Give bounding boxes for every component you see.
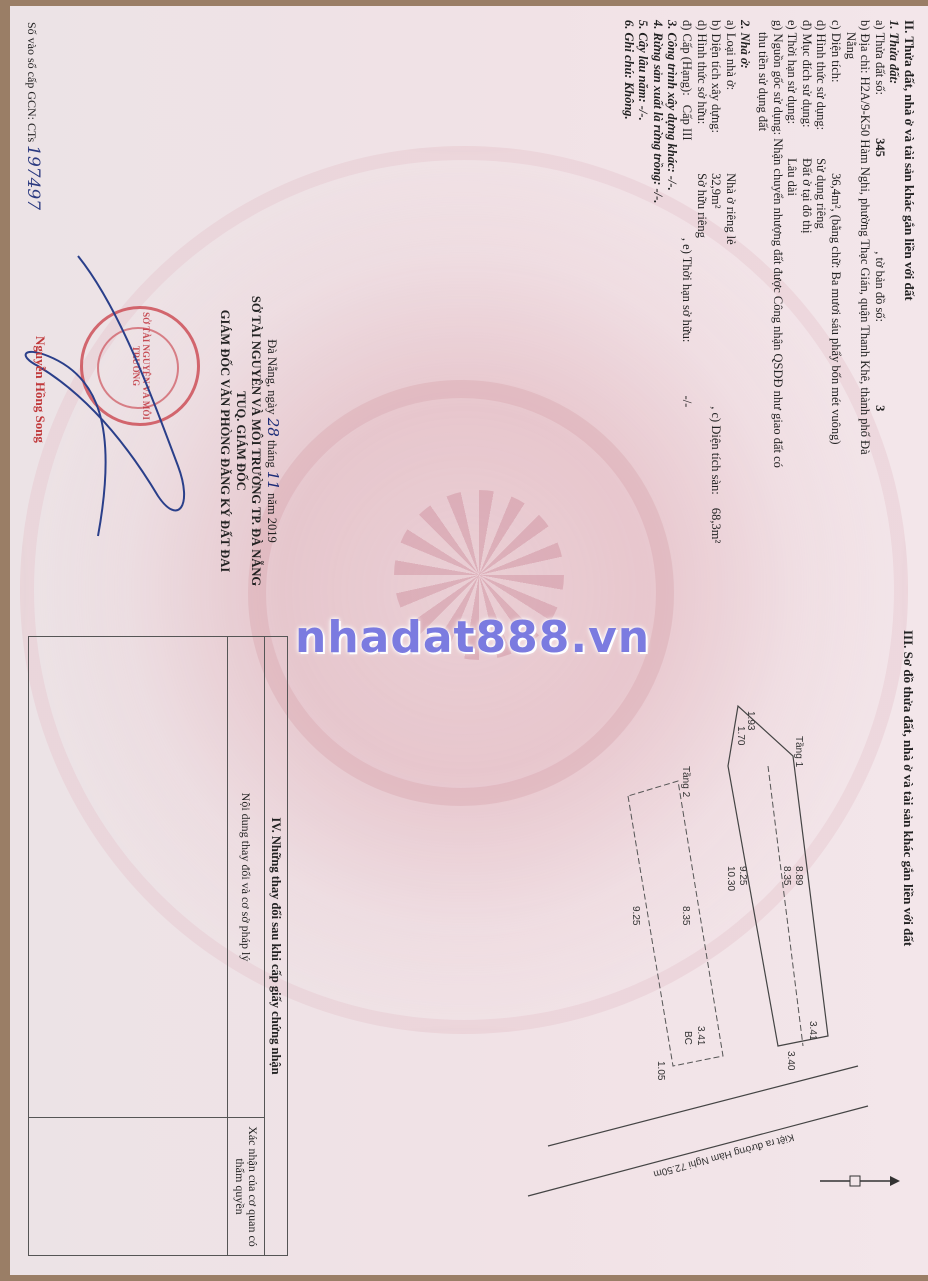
- floor1-label: Tầng 1: [793, 736, 805, 768]
- address-continued: Nẵng: [843, 20, 858, 580]
- area-value: 36,4m², (bằng chữ: Ba mươi sáu phẩy bốn …: [829, 173, 843, 444]
- svg-text:3.41: 3.41: [807, 1021, 818, 1041]
- date-prefix: Đà Nẵng, ngày: [265, 339, 279, 414]
- origin-continued: thu tiền sử dụng đất: [755, 20, 770, 580]
- changes-column-header: Nội dung thay đổi và cơ sở pháp lý: [227, 637, 264, 1117]
- book-number-value: 197497: [23, 145, 43, 210]
- parcel-number: 345: [872, 138, 887, 248]
- svg-text:1.93: 1.93: [745, 711, 756, 731]
- date-month: 11: [264, 471, 282, 490]
- address-row: b) Địa chỉ: H2A/9-K50 Hàm Nghi, phường T…: [858, 20, 873, 580]
- land-heading: 1. Thửa đất:: [887, 20, 902, 580]
- date-year: năm 2019: [265, 493, 279, 543]
- ownership-label: d) Hình thức sở hữu:: [694, 20, 709, 170]
- section-land-house: II. Thửa đất, nhà ở và tài sản khác gắn …: [621, 20, 916, 580]
- svg-text:1.70: 1.70: [735, 726, 746, 746]
- planted-forest: 4. Rừng sản xuất là rừng trồng: -/-.: [650, 20, 665, 580]
- parcel-row: a) Thửa đất số: 345 , tờ bản đồ số: 3: [872, 20, 887, 580]
- ownership-value: Sở hữu riêng: [695, 173, 709, 238]
- svg-text:9.25: 9.25: [630, 906, 641, 926]
- site-watermark: nhadat888.vn: [295, 612, 650, 663]
- grade-value: Cấp III: [680, 105, 695, 235]
- changes-table: IV. Những thay đổi sau khi cấp giấy chứn…: [28, 636, 288, 1256]
- svg-text:8.35: 8.35: [781, 866, 792, 886]
- svg-text:3.40: 3.40: [785, 1051, 796, 1071]
- address-label: b) Địa chỉ:: [858, 20, 872, 73]
- area-row: c) Diện tích: 36,4m², (bằng chữ: Ba mươi…: [828, 20, 843, 580]
- map-number: 3: [873, 405, 887, 411]
- term-label: e) Thời hạn sử dụng:: [785, 20, 800, 155]
- house-type-row: a) Loại nhà ở: Nhà ở riêng lẻ: [723, 20, 738, 580]
- svg-text:3.41: 3.41: [695, 1026, 706, 1046]
- use-form-row: d) Hình thức sử dụng: Sử dụng riêng: [814, 20, 829, 580]
- certificate-book-number: Số vào sổ cấp GCN: CTs 197497: [23, 22, 43, 210]
- issuing-org: SỞ TÀI NGUYÊN VÀ MÔI TRƯỜNG TP. ĐÀ NẴNG: [248, 276, 264, 606]
- date-day: 28: [264, 418, 282, 437]
- origin-value: Nhận chuyển nhượng đất được Công nhận QS…: [771, 138, 785, 468]
- purpose-label: đ) Mục đích sử dụng:: [799, 20, 814, 155]
- address-value: H2A/9-K50 Hàm Nghi, phường Thạc Gián, qu…: [858, 77, 872, 455]
- grade-label: đ) Cấp (Hạng):: [680, 20, 694, 96]
- svg-text:1.05: 1.05: [655, 1061, 666, 1081]
- floor-area-value: 68,3m²: [709, 508, 723, 543]
- floor2-outline: [628, 781, 723, 1066]
- own-term-value: -/-: [680, 396, 694, 408]
- house-type-value: Nhà ở riêng lẻ: [724, 173, 738, 245]
- parcel-label: a) Thửa đất số:: [873, 20, 887, 95]
- map-label: , tờ bản đồ số:: [873, 251, 887, 322]
- perennial-trees: 5. Cây lâu năm: -/-.: [636, 20, 651, 580]
- confirmation-column-header: Xác nhận của cơ quan có thẩm quyền: [227, 1118, 264, 1255]
- ownership-row: d) Hình thức sở hữu: Sở hữu riêng: [694, 20, 709, 580]
- svg-text:9.25: 9.25: [737, 866, 748, 886]
- origin-row: g) Nguồn gốc sử dụng: Nhận chuyển nhượng…: [770, 20, 785, 580]
- house-type-label: a) Loại nhà ở:: [723, 20, 738, 170]
- month-label: tháng: [265, 440, 279, 468]
- origin-label: g) Nguồn gốc sử dụng:: [771, 20, 785, 135]
- parcel-sketch-diagram: Kiệt ra đường Hàm Nghi 72.50m Tầng 1 8.8…: [468, 606, 888, 1266]
- svg-text:8.35: 8.35: [680, 906, 691, 926]
- other-works: 3. Công trình xây dựng khác: -/-.: [665, 20, 680, 580]
- purpose-row: đ) Mục đích sử dụng: Đất ở tại đô thị: [799, 20, 814, 580]
- use-form-value: Sử dụng riêng: [814, 158, 828, 229]
- signer-name: Nguyễn Hồng Song: [32, 336, 48, 443]
- use-form-label: d) Hình thức sử dụng:: [814, 20, 829, 155]
- notes: 6. Ghi chú: Không.: [621, 20, 636, 580]
- road-label: Kiệt ra đường Hàm Nghi 72.50m: [652, 1131, 795, 1179]
- place-date: Đà Nẵng, ngày 28 tháng 11 năm 2019: [264, 276, 281, 606]
- section4-title: IV. Những thay đổi sau khi cấp giấy chứn…: [264, 637, 287, 1255]
- floor-area-label: , c) Diện tích sàn:: [709, 406, 723, 495]
- book-number-label: Số vào sổ cấp GCN: CTs: [25, 22, 39, 142]
- built-area-row: b) Diện tích xây dựng: 32,9m² , c) Diện …: [709, 20, 724, 580]
- house-heading: 2. Nhà ở:: [738, 20, 753, 580]
- own-term-label: , e) Thời hạn sở hữu:: [680, 238, 694, 342]
- built-area-value: 32,9m²: [709, 173, 724, 403]
- svg-text:10.30: 10.30: [725, 866, 736, 891]
- term-row: e) Thời hạn sử dụng: Lâu dài: [785, 20, 800, 580]
- purpose-value: Đất ở tại đô thị: [800, 158, 814, 233]
- marker-label: BC: [682, 1031, 693, 1045]
- term-value: Lâu dài: [785, 158, 799, 196]
- changes-column: Nội dung thay đổi và cơ sở pháp lý: [28, 637, 264, 1118]
- built-area-label: b) Diện tích xây dựng:: [709, 20, 724, 170]
- grade-row: đ) Cấp (Hạng): Cấp III , e) Thời hạn sở …: [680, 20, 695, 580]
- section3-title: III. Sơ đồ thửa đất, nhà ở và tài sản kh…: [900, 630, 916, 946]
- section2-title: II. Thửa đất, nhà ở và tài sản khác gắn …: [901, 20, 916, 580]
- area-label: c) Diện tích:: [828, 20, 843, 170]
- floor2-label: Tầng 2: [680, 766, 692, 798]
- confirmation-column: Xác nhận của cơ quan có thẩm quyền: [28, 1118, 264, 1255]
- svg-text:8.89: 8.89: [793, 866, 804, 886]
